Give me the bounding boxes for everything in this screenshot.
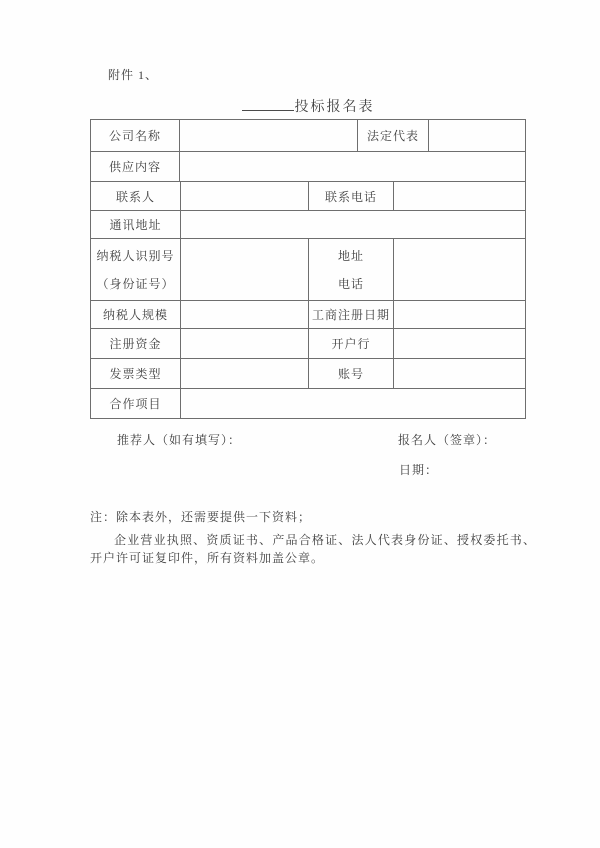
recommender-label: 推荐人（如有填写）： [117,431,241,448]
table-row-capital: 注册资金 开户行 [91,329,525,359]
date-label: 日期： [399,461,438,478]
supply-content-label: 供应内容 [91,152,180,181]
table-row-company: 公司名称 法定代表 [91,120,525,152]
form-title: 投标报名表 [90,96,526,116]
registration-table: 公司名称 法定代表 供应内容 联系人 联系电话 通讯地址 纳税人识别号 （身份证… [90,119,526,419]
bank-label: 开户行 [309,329,394,358]
mailing-address-value [181,211,525,238]
note-heading: 注：除本表外，还需要提供一下资料； [90,508,311,525]
taxpayer-id-label: 纳税人识别号 （身份证号） [91,239,181,300]
mailing-address-label: 通讯地址 [91,211,181,238]
contact-person-label: 联系人 [91,182,181,210]
table-row-contact: 联系人 联系电话 [91,182,525,211]
invoice-type-label: 发票类型 [91,359,181,388]
document-page: 附件 1、 投标报名表 公司名称 法定代表 供应内容 联系人 联系电话 通讯地址… [0,0,600,848]
registration-date-label: 工商注册日期 [309,301,394,328]
address-phone-value [394,239,525,300]
attachment-label: 附件 1、 [108,66,158,83]
table-row-invoice: 发票类型 账号 [91,359,525,389]
registered-capital-value [181,329,309,358]
table-row-mailing: 通讯地址 [91,211,525,239]
cooperation-project-label: 合作项目 [91,389,181,418]
table-row-project: 合作项目 [91,389,525,418]
phone-label-line: 电话 [338,275,364,292]
taxpayer-id-label-line1: 纳税人识别号 [96,247,174,264]
form-title-text: 投标报名表 [295,100,375,115]
address-label-line: 地址 [338,247,364,264]
cooperation-project-value [181,389,525,418]
note-detail: 企业营业执照、资质证书、产品合格证、法人代表身份证、授权委托书、开户许可证复印件… [90,531,536,567]
taxpayer-scale-label: 纳税人规模 [91,301,181,328]
company-name-value [180,120,358,151]
table-row-taxscale: 纳税人规模 工商注册日期 [91,301,525,329]
legal-rep-value [429,120,525,151]
supply-content-value [180,152,525,181]
company-name-label: 公司名称 [91,120,180,151]
account-number-label: 账号 [309,359,394,388]
taxpayer-id-value [181,239,309,300]
taxpayer-scale-value [181,301,309,328]
legal-rep-label: 法定代表 [358,120,429,151]
invoice-type-value [181,359,309,388]
contact-phone-value [394,182,525,210]
applicant-label: 报名人（签章）： [398,431,496,448]
contact-person-value [181,182,309,210]
table-row-taxid: 纳税人识别号 （身份证号） 地址 电话 [91,239,525,301]
registration-date-value [394,301,525,328]
registered-capital-label: 注册资金 [91,329,181,358]
table-row-supply: 供应内容 [91,152,525,182]
address-phone-label: 地址 电话 [309,239,394,300]
title-blank-line [242,97,294,111]
bank-value [394,329,525,358]
account-number-value [394,359,525,388]
contact-phone-label: 联系电话 [309,182,394,210]
taxpayer-id-label-line2: （身份证号） [96,275,174,292]
